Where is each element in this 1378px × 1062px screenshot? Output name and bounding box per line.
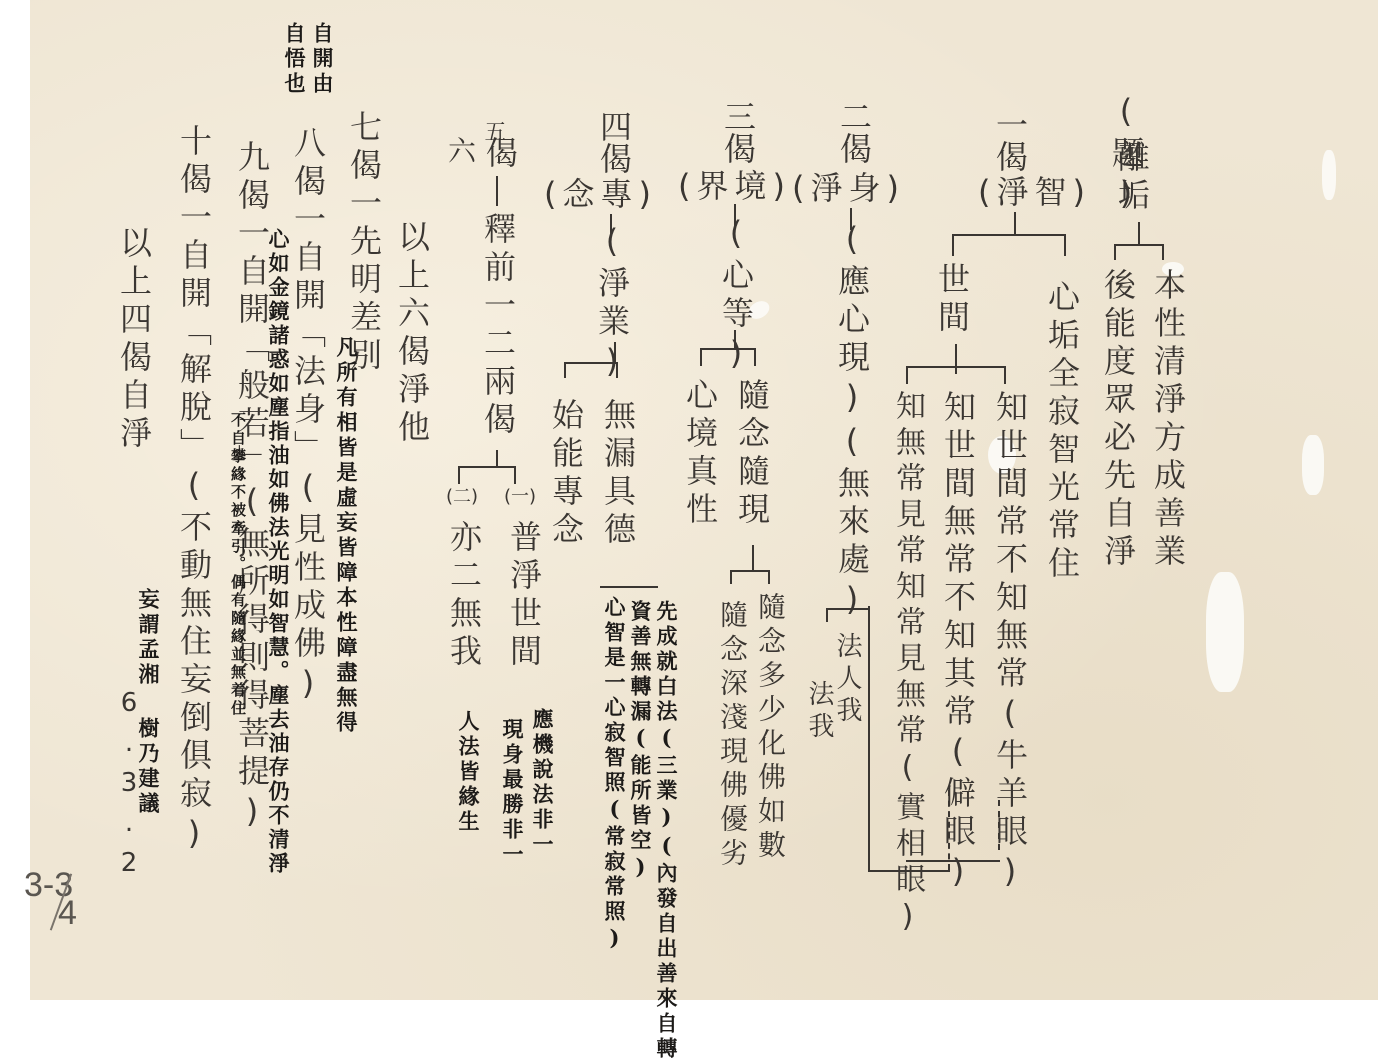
verse-9-ink-note: 心如金鏡諸惑如塵指油如佛法光明如智慧。塵去油存仍不清淨	[268, 228, 289, 876]
verse-5-6-ink-note-2: 現身最勝非一	[502, 718, 523, 868]
verse-8-text: 八偈一自開「法身」(見性成佛)	[292, 126, 324, 708]
paper-sheet: (題) 離垢 本性清淨方成善業 後能度眾必先自淨 一 偈 (淨智) 心垢全寂智光…	[30, 0, 1378, 1000]
summary-six-verses: 以上六偈淨他	[396, 220, 428, 448]
title-text: 離垢	[1116, 140, 1148, 216]
title-branch-left: 後能度眾必先自淨	[1102, 268, 1134, 572]
summary-four-verses: 以上四偈自淨	[118, 226, 150, 454]
top-ink-note-2: 自悟也	[284, 22, 305, 97]
verse-4-ink-note-2: 資善無轉漏(能所皆空)	[630, 600, 651, 883]
verse-1-item-2: 知世間無常不知其常(僻眼)	[942, 390, 974, 896]
verse-3-sub: (心等)	[720, 214, 752, 378]
verse-5-6-number-6: 六	[446, 136, 474, 170]
verse-1-branch-left-label: 世間	[936, 262, 968, 338]
verse-1-topic: (淨智)	[978, 176, 1091, 208]
verse-3-branch-left: 心境真性	[684, 378, 716, 530]
verse-4-branch-right: 無漏具德	[602, 398, 634, 550]
verse-2-topic: (淨身)	[792, 172, 905, 204]
verse-5-6-branch-1-text: 普淨世間	[508, 520, 540, 672]
verse-5-6-branch-2-text: 亦二無我	[448, 520, 480, 672]
verse-1-item-3: 知無常見常知常見無常(實相眼)	[892, 390, 922, 940]
verse-4-branch-left: 始能專念	[550, 398, 582, 550]
verse-2-note-1: 法人我	[834, 632, 860, 728]
verse-3-topic: (界境)	[678, 170, 791, 202]
verse-3-item-2: 隨念深淺現佛優劣	[718, 600, 746, 872]
verse-2-note-2: 法我	[806, 680, 832, 744]
verse-10-ink-note: 不自攀緣不被牽引。偶有隨緣並無着住	[230, 412, 245, 718]
verse-4-topic: (念專)	[544, 178, 657, 210]
verse-5-6-ink-note-1: 應機說法非一	[532, 708, 553, 858]
paper-blemish	[1302, 435, 1324, 495]
verse-3-branch-right: 隨念隨現	[736, 378, 768, 530]
title-branch-right: 本性清淨方成善業	[1152, 268, 1184, 572]
verse-2-label: 偈	[838, 132, 870, 170]
verse-4-ink-note-3: 心智是一心寂智照(常寂常照)	[604, 596, 625, 954]
verse-1-branch-right: 心垢全寂智光常住	[1046, 280, 1078, 584]
verse-5-6-ink-note-3: 人法皆緣生	[458, 710, 479, 835]
signature-date: 6.3.2	[116, 688, 142, 888]
paper-blemish	[1322, 150, 1336, 200]
verse-5-6-branch-1-mark: (一)	[504, 488, 536, 506]
verse-3-item-1: 隨念多少化佛如數	[756, 592, 784, 864]
verse-10-text: 十偈一自開「解脫」(不動無住妄倒俱寂)	[178, 124, 210, 858]
verse-8-ink-note: 凡所有相皆是虛妄皆障本性障盡無得	[336, 336, 357, 736]
verse-3-label: 偈	[722, 132, 754, 170]
verse-5-6-branch-2-mark: (二)	[446, 488, 478, 506]
paper-blemish	[1206, 572, 1244, 692]
verse-5-6-content: 釋前一二兩偈	[482, 212, 514, 440]
verse-5-6-label: 偈	[484, 136, 516, 174]
verse-4-ink-note-1: 先成就白法(三業)(內發自出善來自轉	[656, 600, 677, 1000]
top-ink-note-1: 自開由	[312, 22, 333, 97]
verse-2-content: (應心現)(無來處)	[836, 220, 868, 624]
